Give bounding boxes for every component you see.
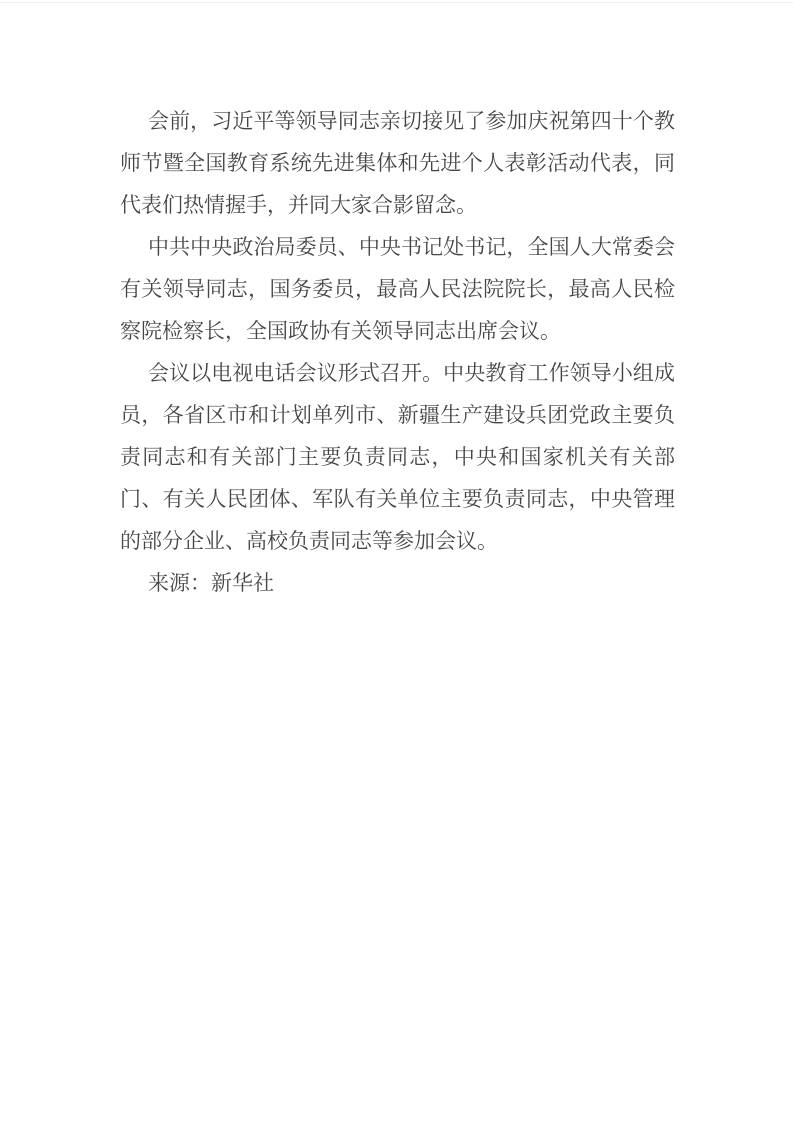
article-body: 会前，习近平等领导同志亲切接见了参加庆祝第四十个教师节暨全国教育系统先进集体和先… bbox=[120, 100, 675, 604]
paragraph-attending-leaders: 中共中央政治局委员、中央书记处书记，全国人大常委会有关领导同志，国务委员，最高人… bbox=[120, 226, 675, 352]
document-page: 会前，习近平等领导同志亲切接见了参加庆祝第四十个教师节暨全国教育系统先进集体和先… bbox=[0, 0, 793, 1122]
page-top-edge-line bbox=[0, 2, 793, 3]
paragraph-video-conference: 会议以电视电话会议形式召开。中央教育工作领导小组成员，各省区市和计划单列市、新疆… bbox=[120, 352, 675, 562]
source-line: 来源：新华社 bbox=[120, 562, 675, 604]
paragraph-meeting-representatives: 会前，习近平等领导同志亲切接见了参加庆祝第四十个教师节暨全国教育系统先进集体和先… bbox=[120, 100, 675, 226]
